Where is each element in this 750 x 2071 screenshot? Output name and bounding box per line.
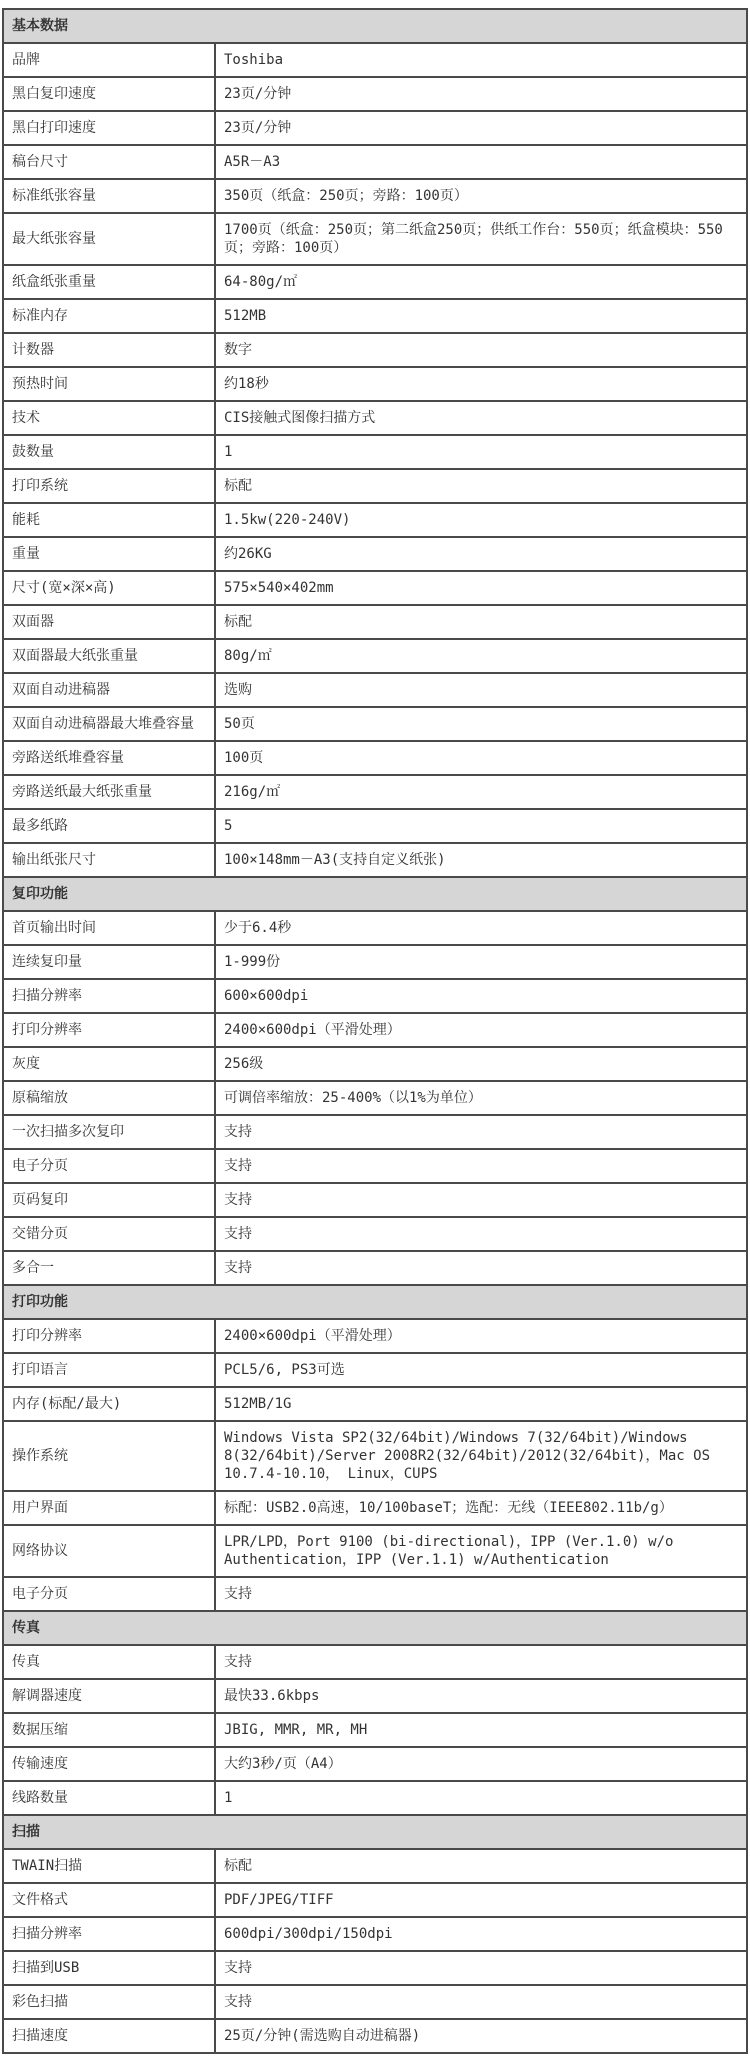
spec-row: 打印系统标配 xyxy=(3,469,747,503)
spec-row: 扫描分辨率600×600dpi xyxy=(3,979,747,1013)
spec-value: 标配 xyxy=(215,1849,747,1883)
spec-row: 扫描速度25页/分钟(需选购自动进稿器) xyxy=(3,2019,747,2053)
spec-value: 216g/㎡ xyxy=(215,775,747,809)
spec-label: 双面自动进稿器 xyxy=(3,673,215,707)
spec-row: 扫描分辨率600dpi/300dpi/150dpi xyxy=(3,1917,747,1951)
spec-label: 原稿缩放 xyxy=(3,1081,215,1115)
spec-label: 彩色扫描 xyxy=(3,1985,215,2019)
spec-label: 交错分页 xyxy=(3,1217,215,1251)
spec-label: 解调器速度 xyxy=(3,1679,215,1713)
section-row: 基本数据 xyxy=(3,9,747,43)
spec-value: 支持 xyxy=(215,1115,747,1149)
spec-row: 线路数量1 xyxy=(3,1781,747,1815)
spec-row: 计数器数字 xyxy=(3,333,747,367)
spec-row: 重量约26KG xyxy=(3,537,747,571)
spec-label: 双面器最大纸张重量 xyxy=(3,639,215,673)
spec-value: 标配 xyxy=(215,605,747,639)
spec-row: 黑白复印速度23页/分钟 xyxy=(3,77,747,111)
spec-label: 最大纸张容量 xyxy=(3,213,215,265)
spec-value: 2400×600dpi（平滑处理） xyxy=(215,1319,747,1353)
spec-label: 用户界面 xyxy=(3,1491,215,1525)
spec-label: 电子分页 xyxy=(3,1149,215,1183)
section-row: 打印功能 xyxy=(3,1285,747,1319)
spec-row: 双面器标配 xyxy=(3,605,747,639)
spec-label: 尺寸(宽×深×高) xyxy=(3,571,215,605)
spec-label: 电子分页 xyxy=(3,1577,215,1611)
spec-row: 扫描到USB支持 xyxy=(3,1951,747,1985)
spec-row: 一次扫描多次复印支持 xyxy=(3,1115,747,1149)
spec-value: 5 xyxy=(215,809,747,843)
spec-value: 1 xyxy=(215,435,747,469)
spec-label: TWAIN扫描 xyxy=(3,1849,215,1883)
section-title: 复印功能 xyxy=(3,877,747,911)
spec-value: 1-999份 xyxy=(215,945,747,979)
spec-label: 品牌 xyxy=(3,43,215,77)
spec-label: 纸盒纸张重量 xyxy=(3,265,215,299)
spec-row: 打印分辨率2400×600dpi（平滑处理） xyxy=(3,1013,747,1047)
spec-label: 灰度 xyxy=(3,1047,215,1081)
spec-row: 电子分页支持 xyxy=(3,1577,747,1611)
spec-label: 一次扫描多次复印 xyxy=(3,1115,215,1149)
spec-value: 25页/分钟(需选购自动进稿器) xyxy=(215,2019,747,2053)
spec-label: 重量 xyxy=(3,537,215,571)
spec-value: 1 xyxy=(215,1781,747,1815)
spec-label: 传输速度 xyxy=(3,1747,215,1781)
spec-value: 50页 xyxy=(215,707,747,741)
spec-label: 打印分辨率 xyxy=(3,1319,215,1353)
spec-row: 预热时间约18秒 xyxy=(3,367,747,401)
spec-value: 标配 xyxy=(215,469,747,503)
spec-value: 可调倍率缩放：25-400%（以1%为单位） xyxy=(215,1081,747,1115)
spec-label: 数据压缩 xyxy=(3,1713,215,1747)
spec-row: 双面器最大纸张重量80g/㎡ xyxy=(3,639,747,673)
section-row: 扫描 xyxy=(3,1815,747,1849)
section-title: 传真 xyxy=(3,1611,747,1645)
spec-value: 最快33.6kbps xyxy=(215,1679,747,1713)
spec-value: 23页/分钟 xyxy=(215,77,747,111)
section-row: 传真 xyxy=(3,1611,747,1645)
spec-value: PCL5/6, PS3可选 xyxy=(215,1353,747,1387)
section-title: 打印功能 xyxy=(3,1285,747,1319)
spec-label: 鼓数量 xyxy=(3,435,215,469)
spec-row: 纸盒纸张重量64-80g/㎡ xyxy=(3,265,747,299)
spec-row: 原稿缩放可调倍率缩放：25-400%（以1%为单位） xyxy=(3,1081,747,1115)
spec-row: 交错分页支持 xyxy=(3,1217,747,1251)
spec-row: 文件格式PDF/JPEG/TIFF xyxy=(3,1883,747,1917)
spec-row: 网络协议LPR/LPD，Port 9100 (bi-directional)，I… xyxy=(3,1525,747,1577)
spec-row: 旁路送纸堆叠容量100页 xyxy=(3,741,747,775)
spec-label: 双面器 xyxy=(3,605,215,639)
spec-label: 打印分辨率 xyxy=(3,1013,215,1047)
spec-value: 64-80g/㎡ xyxy=(215,265,747,299)
spec-label: 扫描到USB xyxy=(3,1951,215,1985)
spec-value: Toshiba xyxy=(215,43,747,77)
spec-label: 操作系统 xyxy=(3,1421,215,1491)
spec-label: 稿台尺寸 xyxy=(3,145,215,179)
spec-row: 首页输出时间少于6.4秒 xyxy=(3,911,747,945)
spec-value: 350页（纸盒：250页；旁路：100页） xyxy=(215,179,747,213)
spec-table-body: 基本数据品牌Toshiba黑白复印速度23页/分钟黑白打印速度23页/分钟稿台尺… xyxy=(3,9,747,2053)
spec-value: 选购 xyxy=(215,673,747,707)
spec-label: 旁路送纸最大纸张重量 xyxy=(3,775,215,809)
spec-value: 600dpi/300dpi/150dpi xyxy=(215,1917,747,1951)
spec-row: 内存(标配/最大)512MB/1G xyxy=(3,1387,747,1421)
spec-row: 传输速度大约3秒/页（A4） xyxy=(3,1747,747,1781)
spec-row: 双面自动进稿器选购 xyxy=(3,673,747,707)
spec-value: 575×540×402mm xyxy=(215,571,747,605)
spec-label: 标准内存 xyxy=(3,299,215,333)
spec-label: 打印系统 xyxy=(3,469,215,503)
spec-row: 打印语言PCL5/6, PS3可选 xyxy=(3,1353,747,1387)
spec-value: 支持 xyxy=(215,1645,747,1679)
spec-value: 100页 xyxy=(215,741,747,775)
spec-value: 支持 xyxy=(215,1183,747,1217)
spec-row: 最大纸张容量1700页（纸盒：250页；第二纸盒250页；供纸工作台：550页；… xyxy=(3,213,747,265)
spec-label: 计数器 xyxy=(3,333,215,367)
spec-label: 标准纸张容量 xyxy=(3,179,215,213)
spec-row: 传真支持 xyxy=(3,1645,747,1679)
section-title: 扫描 xyxy=(3,1815,747,1849)
spec-row: 打印分辨率2400×600dpi（平滑处理） xyxy=(3,1319,747,1353)
spec-label: 打印语言 xyxy=(3,1353,215,1387)
spec-label: 技术 xyxy=(3,401,215,435)
spec-row: 操作系统Windows Vista SP2(32/64bit)/Windows … xyxy=(3,1421,747,1491)
spec-value: 256级 xyxy=(215,1047,747,1081)
spec-value: 80g/㎡ xyxy=(215,639,747,673)
spec-row: 页码复印支持 xyxy=(3,1183,747,1217)
spec-value: 大约3秒/页（A4） xyxy=(215,1747,747,1781)
spec-label: 线路数量 xyxy=(3,1781,215,1815)
spec-row: 连续复印量1-999份 xyxy=(3,945,747,979)
spec-row: 多合一支持 xyxy=(3,1251,747,1285)
section-title: 基本数据 xyxy=(3,9,747,43)
spec-row: 数据压缩JBIG, MMR, MR, MH xyxy=(3,1713,747,1747)
spec-value: 支持 xyxy=(215,1217,747,1251)
spec-row: 输出纸张尺寸100×148mm－A3(支持自定义纸张) xyxy=(3,843,747,877)
spec-label: 内存(标配/最大) xyxy=(3,1387,215,1421)
spec-label: 扫描分辨率 xyxy=(3,1917,215,1951)
spec-row: 旁路送纸最大纸张重量216g/㎡ xyxy=(3,775,747,809)
spec-row: 稿台尺寸A5R－A3 xyxy=(3,145,747,179)
spec-value: 1.5kw(220-240V) xyxy=(215,503,747,537)
spec-label: 传真 xyxy=(3,1645,215,1679)
spec-value: 23页/分钟 xyxy=(215,111,747,145)
spec-value: 支持 xyxy=(215,1149,747,1183)
spec-value: 512MB/1G xyxy=(215,1387,747,1421)
spec-label: 文件格式 xyxy=(3,1883,215,1917)
spec-value: 支持 xyxy=(215,1951,747,1985)
spec-row: 品牌Toshiba xyxy=(3,43,747,77)
spec-table: 基本数据品牌Toshiba黑白复印速度23页/分钟黑白打印速度23页/分钟稿台尺… xyxy=(2,8,748,2054)
spec-value: 2400×600dpi（平滑处理） xyxy=(215,1013,747,1047)
spec-row: 鼓数量1 xyxy=(3,435,747,469)
spec-value: 512MB xyxy=(215,299,747,333)
spec-value: PDF/JPEG/TIFF xyxy=(215,1883,747,1917)
spec-value: Windows Vista SP2(32/64bit)/Windows 7(32… xyxy=(215,1421,747,1491)
spec-label: 扫描分辨率 xyxy=(3,979,215,1013)
spec-value: LPR/LPD，Port 9100 (bi-directional)，IPP (… xyxy=(215,1525,747,1577)
spec-value: 支持 xyxy=(215,1985,747,2019)
spec-label: 双面自动进稿器最大堆叠容量 xyxy=(3,707,215,741)
spec-row: 彩色扫描支持 xyxy=(3,1985,747,2019)
spec-label: 页码复印 xyxy=(3,1183,215,1217)
spec-value: JBIG, MMR, MR, MH xyxy=(215,1713,747,1747)
spec-row: TWAIN扫描标配 xyxy=(3,1849,747,1883)
spec-label: 扫描速度 xyxy=(3,2019,215,2053)
spec-value: 支持 xyxy=(215,1251,747,1285)
spec-value: 约18秒 xyxy=(215,367,747,401)
spec-label: 黑白打印速度 xyxy=(3,111,215,145)
spec-label: 旁路送纸堆叠容量 xyxy=(3,741,215,775)
section-row: 复印功能 xyxy=(3,877,747,911)
spec-label: 黑白复印速度 xyxy=(3,77,215,111)
spec-row: 尺寸(宽×深×高)575×540×402mm xyxy=(3,571,747,605)
spec-label: 输出纸张尺寸 xyxy=(3,843,215,877)
spec-row: 电子分页支持 xyxy=(3,1149,747,1183)
spec-row: 标准内存512MB xyxy=(3,299,747,333)
spec-value: 标配：USB2.0高速，10/100baseT；选配：无线（IEEE802.11… xyxy=(215,1491,747,1525)
spec-row: 技术CIS接触式图像扫描方式 xyxy=(3,401,747,435)
spec-value: 少于6.4秒 xyxy=(215,911,747,945)
spec-label: 最多纸路 xyxy=(3,809,215,843)
spec-row: 灰度256级 xyxy=(3,1047,747,1081)
spec-row: 最多纸路5 xyxy=(3,809,747,843)
spec-value: 数字 xyxy=(215,333,747,367)
spec-value: 1700页（纸盒：250页；第二纸盒250页；供纸工作台：550页；纸盒模块：5… xyxy=(215,213,747,265)
spec-value: 600×600dpi xyxy=(215,979,747,1013)
spec-row: 能耗1.5kw(220-240V) xyxy=(3,503,747,537)
spec-label: 预热时间 xyxy=(3,367,215,401)
spec-page: 基本数据品牌Toshiba黑白复印速度23页/分钟黑白打印速度23页/分钟稿台尺… xyxy=(0,0,750,2060)
spec-label: 连续复印量 xyxy=(3,945,215,979)
spec-label: 网络协议 xyxy=(3,1525,215,1577)
spec-value: 支持 xyxy=(215,1577,747,1611)
spec-row: 黑白打印速度23页/分钟 xyxy=(3,111,747,145)
spec-value: 约26KG xyxy=(215,537,747,571)
spec-value: CIS接触式图像扫描方式 xyxy=(215,401,747,435)
spec-value: A5R－A3 xyxy=(215,145,747,179)
spec-label: 首页输出时间 xyxy=(3,911,215,945)
spec-label: 能耗 xyxy=(3,503,215,537)
spec-value: 100×148mm－A3(支持自定义纸张) xyxy=(215,843,747,877)
spec-row: 解调器速度最快33.6kbps xyxy=(3,1679,747,1713)
spec-label: 多合一 xyxy=(3,1251,215,1285)
spec-row: 双面自动进稿器最大堆叠容量50页 xyxy=(3,707,747,741)
spec-row: 标准纸张容量350页（纸盒：250页；旁路：100页） xyxy=(3,179,747,213)
spec-row: 用户界面标配：USB2.0高速，10/100baseT；选配：无线（IEEE80… xyxy=(3,1491,747,1525)
